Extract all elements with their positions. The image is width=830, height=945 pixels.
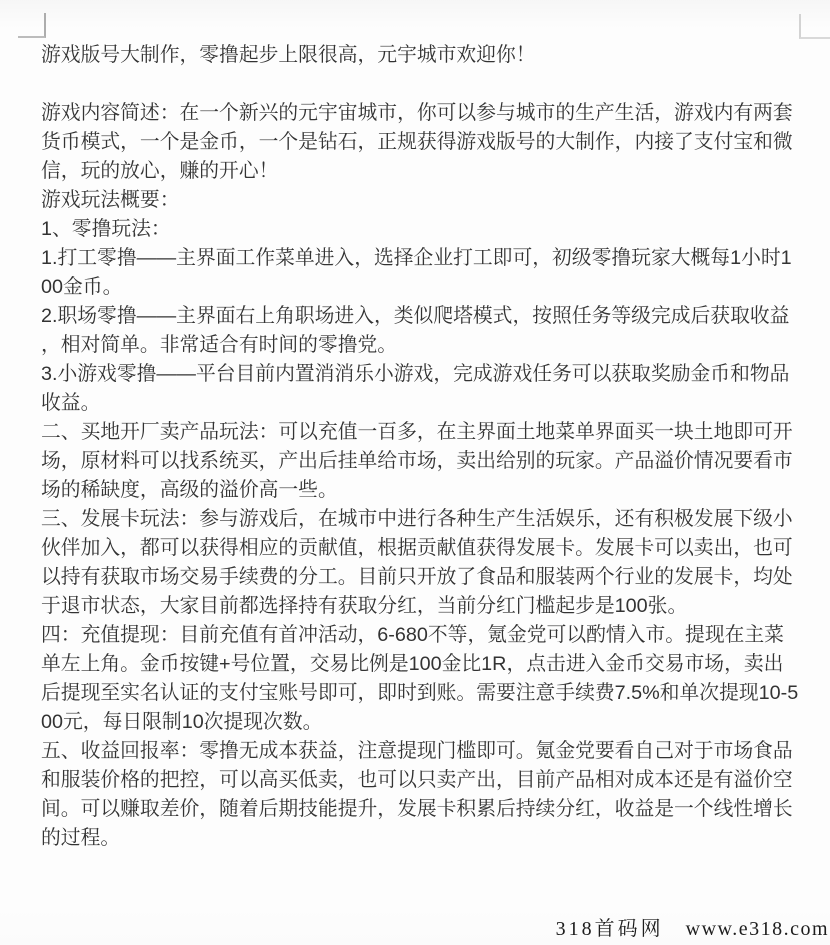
paragraph-land-factory: 二、买地开厂卖产品玩法：可以充值一百多，在主界面土地菜单界面买一块土地即可开场，… bbox=[41, 418, 799, 505]
paragraph-intro: 游戏内容简述：在一个新兴的元宇宙城市，你可以参与城市的生产生活，游戏内有两套货币… bbox=[41, 99, 799, 186]
watermark-site-url: www.e318.com bbox=[686, 918, 829, 941]
paragraph-recharge-withdraw: 四：充值提现：目前充值有首冲活动，6-680不等，氪金党可以酌情入市。提现在主菜… bbox=[41, 621, 799, 737]
paragraph-free-play-career: 2.职场零撸——主界面右上角职场进入，类似爬塔模式，按照任务等级完成后获取收益，… bbox=[41, 302, 799, 360]
document-title: 游戏版号大制作，零撸起步上限很高，元宇城市欢迎你！ bbox=[41, 41, 799, 70]
watermark: 318首码网 www.e318.com bbox=[556, 912, 829, 941]
paragraph-roi: 五、收益回报率：零撸无成本获益，注意提现门槛即可。氪金党要看自己对于市场食品和服… bbox=[41, 737, 799, 853]
paragraph-development-card: 三、发展卡玩法：参与游戏后，在城市中进行各种生产生活娱乐，还有积极发展下级小伙伴… bbox=[41, 505, 799, 621]
paragraph-gameplay-overview-heading: 游戏玩法概要： bbox=[41, 186, 799, 215]
watermark-site-name: 318首码网 bbox=[556, 912, 664, 941]
text-boundary-mark-top-right bbox=[799, 14, 830, 39]
paragraph-free-play-minigame: 3.小游戏零撸——平台目前内置消消乐小游戏，完成游戏任务可以获取奖励金币和物品收… bbox=[41, 360, 799, 418]
paragraph-free-play-work: 1.打工零撸——主界面工作菜单进入，选择企业打工即可，初级零撸玩家大概每1小时1… bbox=[41, 244, 799, 302]
paragraph-free-play-heading: 1、零撸玩法： bbox=[41, 215, 799, 244]
text-boundary-mark-top-left bbox=[18, 13, 46, 38]
document-body: 游戏版号大制作，零撸起步上限很高，元宇城市欢迎你！ 游戏内容简述：在一个新兴的元… bbox=[41, 41, 799, 853]
document-page: 游戏版号大制作，零撸起步上限很高，元宇城市欢迎你！ 游戏内容简述：在一个新兴的元… bbox=[0, 0, 830, 945]
